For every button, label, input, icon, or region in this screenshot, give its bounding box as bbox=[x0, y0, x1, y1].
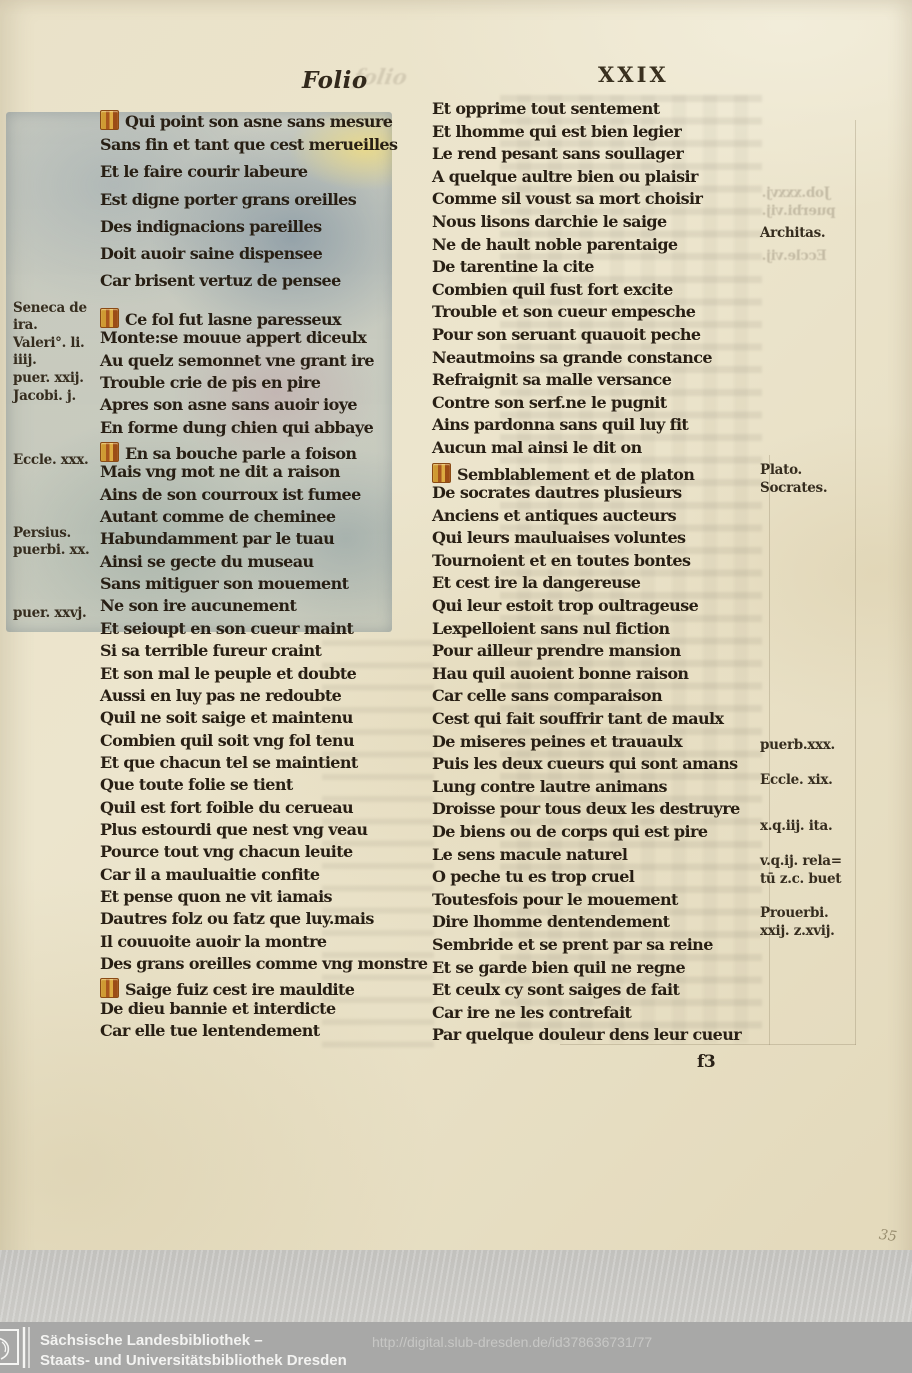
margin-note: iiij. bbox=[13, 352, 36, 368]
verse-line: Et lhomme qui est bien legier bbox=[432, 124, 741, 147]
left-column-stanza-1: Qui point son asne sans mesureSans fin e… bbox=[100, 110, 397, 300]
verse-line: Et seioupt en son cueur maint bbox=[100, 621, 427, 643]
digital-collection-url: http://digital.slub-dresden.de/id3786367… bbox=[372, 1334, 652, 1350]
margin-note: Architas. bbox=[760, 225, 825, 241]
verse-text: Droisse pour tous deux les destruyre bbox=[432, 799, 740, 818]
verse-line: Doit auoir saine dispensee bbox=[100, 246, 397, 273]
verse-line: De biens ou de corps qui est pire bbox=[432, 824, 741, 847]
verse-line: Et son mal le peuple et doubte bbox=[100, 666, 427, 688]
verse-line: Mais vng mot ne dit a raison bbox=[100, 464, 427, 486]
verse-line: Le rend pesant sans soullager bbox=[432, 146, 741, 169]
verse-line: Qui point son asne sans mesure bbox=[100, 110, 397, 137]
verse-line: Trouble et son cueur empesche bbox=[432, 304, 741, 327]
verse-line: Par quelque douleur dens leur cueur bbox=[432, 1027, 741, 1050]
verse-text: Saige fuiz cest ire mauldite bbox=[125, 980, 354, 999]
verse-line: Ce fol fut lasne paresseux bbox=[100, 308, 427, 330]
left-column-body: Ce fol fut lasne paresseuxMonte:se mouue… bbox=[100, 308, 427, 1045]
verse-text: Et que chacun tel se maintient bbox=[100, 753, 358, 772]
verse-text: Et se garde bien quil ne regne bbox=[432, 958, 685, 977]
right-column: Et opprime tout sentementEt lhomme qui e… bbox=[432, 101, 741, 1050]
paragraph-mark-icon bbox=[100, 308, 119, 328]
margin-note: Socrates. bbox=[760, 480, 827, 496]
verse-line: De dieu bannie et interdicte bbox=[100, 1001, 427, 1023]
verse-text: En sa bouche parle a foison bbox=[125, 444, 356, 463]
verse-line: Refraignit sa malle versance bbox=[432, 372, 741, 395]
verse-text: Qui leurs mauluaises voluntes bbox=[432, 528, 685, 547]
verse-text: Quil ne soit saige et maintenu bbox=[100, 708, 353, 727]
verse-line: Dire lhomme dentendement bbox=[432, 914, 741, 937]
margin-note: ira. bbox=[13, 317, 38, 333]
verse-text: Car ire ne les contrefait bbox=[432, 1003, 631, 1022]
verse-text: Et seioupt en son cueur maint bbox=[100, 619, 353, 638]
verse-text: Qui point son asne sans mesure bbox=[125, 112, 392, 131]
verse-text: Et opprime tout sentement bbox=[432, 99, 660, 118]
verse-text: Pource tout vng chacun leuite bbox=[100, 842, 353, 861]
margin-note: Prouerbi. bbox=[760, 905, 828, 921]
verse-line: Et se garde bien quil ne regne bbox=[432, 960, 741, 983]
verse-line: Quil est fort foible du cerueau bbox=[100, 800, 427, 822]
verse-text: Sans mitiguer son mouement bbox=[100, 574, 348, 593]
slub-logo-icon bbox=[0, 1327, 36, 1368]
verse-line: Comme sil voust sa mort choisir bbox=[432, 191, 741, 214]
verse-line: Ne de hault noble parentaige bbox=[432, 237, 741, 260]
verse-line: Lung contre lautre animans bbox=[432, 779, 741, 802]
verse-text: A quelque aultre bien ou plaisir bbox=[432, 167, 698, 186]
verse-line: Combien quil soit vng fol tenu bbox=[100, 733, 427, 755]
verse-line: Sans fin et tant que cest merueilles bbox=[100, 137, 397, 164]
verse-text: Aucun mal ainsi le dit on bbox=[432, 438, 642, 457]
verse-text: Si sa terrible fureur craint bbox=[100, 641, 321, 660]
verse-line: Et cest ire la dangereuse bbox=[432, 575, 741, 598]
verse-text: Que toute folie se tient bbox=[100, 775, 293, 794]
verse-line: Cest qui fait souffrir tant de maulx bbox=[432, 711, 741, 734]
verse-line: Toutesfois pour le mouement bbox=[432, 892, 741, 915]
verse-line: Sembride et se prent par sa reine bbox=[432, 937, 741, 960]
verse-text: De biens ou de corps qui est pire bbox=[432, 822, 707, 841]
verse-line: Qui leurs mauluaises voluntes bbox=[432, 530, 741, 553]
verse-line: Car elle tue lentendement bbox=[100, 1023, 427, 1045]
verse-text: Ains de son courroux ist fumee bbox=[100, 485, 361, 504]
verse-text: Mais vng mot ne dit a raison bbox=[100, 462, 340, 481]
verse-text: Ne son ire aucunement bbox=[100, 596, 296, 615]
verse-line: Plus estourdi que nest vng veau bbox=[100, 822, 427, 844]
verse-text: Trouble et son cueur empesche bbox=[432, 302, 695, 321]
verse-line: Semblablement et de platon bbox=[432, 463, 741, 486]
verse-text: Pour ailleur prendre mansion bbox=[432, 641, 681, 660]
verse-text: Dire lhomme dentendement bbox=[432, 912, 669, 931]
verse-line: Aussi en luy pas ne redoubte bbox=[100, 688, 427, 710]
verse-line: Car brisent vertuz de pensee bbox=[100, 273, 397, 300]
verse-text: Il couuoite auoir la montre bbox=[100, 932, 327, 951]
margin-note: Eccle. xxx. bbox=[13, 452, 88, 468]
verse-text: Et lhomme qui est bien legier bbox=[432, 122, 681, 141]
library-name-line1: Sächsische Landesbibliothek – bbox=[40, 1331, 347, 1351]
verse-text: Comme sil voust sa mort choisir bbox=[432, 189, 702, 208]
verse-line: En forme dung chien qui abbaye bbox=[100, 420, 427, 442]
verse-line: Car celle sans comparaison bbox=[432, 688, 741, 711]
paragraph-mark-icon bbox=[100, 442, 119, 462]
verse-text: Le rend pesant sans soullager bbox=[432, 144, 683, 163]
verse-text: Et son mal le peuple et doubte bbox=[100, 664, 356, 683]
verse-text: Hau quil auoient bonne raison bbox=[432, 664, 688, 683]
paragraph-mark-icon bbox=[100, 978, 119, 998]
margin-note: Plato. bbox=[760, 462, 802, 478]
verse-line: De tarentine la cite bbox=[432, 259, 741, 282]
verse-line: Droisse pour tous deux les destruyre bbox=[432, 801, 741, 824]
verse-text: Sans fin et tant que cest merueilles bbox=[100, 135, 397, 154]
verse-line: Pour ailleur prendre mansion bbox=[432, 643, 741, 666]
verse-line: Et que chacun tel se maintient bbox=[100, 755, 427, 777]
verse-text: Plus estourdi que nest vng veau bbox=[100, 820, 367, 839]
pencil-folio-number: 35 bbox=[878, 1227, 898, 1245]
verse-text: Car elle tue lentendement bbox=[100, 1021, 320, 1040]
verse-line: O peche tu es trop cruel bbox=[432, 869, 741, 892]
verse-text: Refraignit sa malle versance bbox=[432, 370, 671, 389]
verse-text: Aussi en luy pas ne redoubte bbox=[100, 686, 341, 705]
verse-text: Car celle sans comparaison bbox=[432, 686, 662, 705]
verse-text: Des indignacions pareilles bbox=[100, 217, 322, 236]
verse-text: O peche tu es trop cruel bbox=[432, 867, 634, 886]
verse-line: Ainsi se gecte du museau bbox=[100, 554, 427, 576]
verse-line: Aucun mal ainsi le dit on bbox=[432, 440, 741, 463]
verse-line: Autant comme de cheminee bbox=[100, 509, 427, 531]
verse-line: Que toute folie se tient bbox=[100, 777, 427, 799]
verse-text: Sembride et se prent par sa reine bbox=[432, 935, 713, 954]
verse-line: Et le faire courir labeure bbox=[100, 164, 397, 191]
verse-text: Lung contre lautre animans bbox=[432, 777, 667, 796]
verse-text: Quil est fort foible du cerueau bbox=[100, 798, 353, 817]
verse-line: Ne son ire aucunement bbox=[100, 598, 427, 620]
verse-text: Neautmoins sa grande constance bbox=[432, 348, 712, 367]
verse-text: Par quelque douleur dens leur cueur bbox=[432, 1025, 741, 1044]
verse-line: Car ire ne les contrefait bbox=[432, 1005, 741, 1028]
verse-line: Sans mitiguer son mouement bbox=[100, 576, 427, 598]
verse-text: Anciens et antiques aucteurs bbox=[432, 506, 676, 525]
verse-text: Qui leur estoit trop oultrageuse bbox=[432, 596, 698, 615]
verse-line: Anciens et antiques aucteurs bbox=[432, 508, 741, 531]
margin-note: xxij. z.xvij. bbox=[760, 923, 835, 939]
verse-line: Ains pardonna sans quil luy fit bbox=[432, 417, 741, 440]
verse-line: Trouble crie de pis en pire bbox=[100, 375, 427, 397]
verse-text: Toutesfois pour le mouement bbox=[432, 890, 678, 909]
verse-text: Tournoient et en toutes bontes bbox=[432, 551, 690, 570]
verse-text: En forme dung chien qui abbaye bbox=[100, 418, 373, 437]
verse-text: Des grans oreilles comme vng monstre bbox=[100, 954, 427, 973]
margin-note: Seneca de bbox=[13, 300, 87, 316]
verse-line: Hau quil auoient bonne raison bbox=[432, 666, 741, 689]
verse-text: De miseres peines et trauaulx bbox=[432, 732, 682, 751]
verse-line: Et ceulx cy sont saiges de fait bbox=[432, 982, 741, 1005]
margin-note: Jacobi. j. bbox=[13, 388, 76, 404]
verse-text: Lexpelloient sans nul fiction bbox=[432, 619, 670, 638]
verse-text: Ains pardonna sans quil luy fit bbox=[432, 415, 688, 434]
library-name: Sächsische Landesbibliothek – Staats- un… bbox=[40, 1331, 347, 1371]
verse-text: De socrates dautres plusieurs bbox=[432, 483, 682, 502]
margin-note: Persius. bbox=[13, 525, 71, 541]
verse-text: Et le faire courir labeure bbox=[100, 162, 308, 181]
verse-text: Pour son seruant quauoit peche bbox=[432, 325, 700, 344]
verse-line: Combien quil fust fort excite bbox=[432, 282, 741, 305]
verse-line: En sa bouche parle a foison bbox=[100, 442, 427, 464]
verse-line: De miseres peines et trauaulx bbox=[432, 734, 741, 757]
bleedthrough-note: Eccle.vij. bbox=[762, 248, 827, 264]
verse-line: Est digne porter grans oreilles bbox=[100, 192, 397, 219]
ruling-line bbox=[855, 120, 856, 1045]
verse-line: Lexpelloient sans nul fiction bbox=[432, 621, 741, 644]
verse-line: Des grans oreilles comme vng monstre bbox=[100, 956, 427, 978]
verse-line: Ains de son courroux ist fumee bbox=[100, 487, 427, 509]
verse-text: Apres son asne sans auoir ioye bbox=[100, 395, 357, 414]
bleedthrough-note: puerbi.vij. bbox=[762, 203, 835, 219]
bleedthrough-note: Job.xxxvj. bbox=[762, 185, 830, 201]
verse-text: Au quelz semonnet vne grant ire bbox=[100, 351, 374, 370]
verse-text: Trouble crie de pis en pire bbox=[100, 373, 320, 392]
verse-line: Dautres folz ou fatz que luy.mais bbox=[100, 911, 427, 933]
margin-note: puerbi. xx. bbox=[13, 542, 89, 558]
verse-line: De socrates dautres plusieurs bbox=[432, 485, 741, 508]
verse-text: Car il a mauluaitie confite bbox=[100, 865, 319, 884]
verse-text: Le sens macule naturel bbox=[432, 845, 627, 864]
verse-text: Nous lisons darchie le saige bbox=[432, 212, 667, 231]
verse-line: Pource tout vng chacun leuite bbox=[100, 844, 427, 866]
verse-text: Semblablement et de platon bbox=[457, 465, 694, 484]
verse-line: Habundamment par le tuau bbox=[100, 531, 427, 553]
verse-line: A quelque aultre bien ou plaisir bbox=[432, 169, 741, 192]
margin-note: Eccle. xix. bbox=[760, 772, 832, 788]
verse-line: Et opprime tout sentement bbox=[432, 101, 741, 124]
verse-text: Monte:se mouue appert diceulx bbox=[100, 328, 366, 347]
header-folio-label: Folio bbox=[302, 67, 368, 94]
verse-line: Saige fuiz cest ire mauldite bbox=[100, 978, 427, 1000]
verse-line: Des indignacions pareilles bbox=[100, 219, 397, 246]
margin-note: x.q.iij. ita. bbox=[760, 818, 832, 834]
verse-text: Et pense quon ne vit iamais bbox=[100, 887, 332, 906]
verse-text: Car brisent vertuz de pensee bbox=[100, 271, 341, 290]
verse-line: Au quelz semonnet vne grant ire bbox=[100, 353, 427, 375]
verse-line: Tournoient et en toutes bontes bbox=[432, 553, 741, 576]
verse-text: Ne de hault noble parentaige bbox=[432, 235, 678, 254]
margin-note: puerb.xxx. bbox=[760, 737, 835, 753]
verse-line: Il couuoite auoir la montre bbox=[100, 934, 427, 956]
verse-text: Combien quil fust fort excite bbox=[432, 280, 673, 299]
verse-text: De dieu bannie et interdicte bbox=[100, 999, 336, 1018]
verse-text: Cest qui fait souffrir tant de maulx bbox=[432, 709, 723, 728]
verse-text: Et cest ire la dangereuse bbox=[432, 573, 640, 592]
verse-text: Combien quil soit vng fol tenu bbox=[100, 731, 354, 750]
verse-text: Habundamment par le tuau bbox=[100, 529, 334, 548]
verse-text: Dautres folz ou fatz que luy.mais bbox=[100, 909, 374, 928]
verse-line: Pour son seruant quauoit peche bbox=[432, 327, 741, 350]
library-banner: Sächsische Landesbibliothek – Staats- un… bbox=[0, 1322, 912, 1373]
margin-note: puer. xxvj. bbox=[13, 605, 86, 621]
verse-line: Nous lisons darchie le saige bbox=[432, 214, 741, 237]
verse-line: Si sa terrible fureur craint bbox=[100, 643, 427, 665]
verse-line: Le sens macule naturel bbox=[432, 847, 741, 870]
verse-line: Neautmoins sa grande constance bbox=[432, 350, 741, 373]
verse-text: De tarentine la cite bbox=[432, 257, 594, 276]
verse-line: Et pense quon ne vit iamais bbox=[100, 889, 427, 911]
margin-note: v.q.ij. rela= bbox=[760, 853, 842, 869]
verse-text: Est digne porter grans oreilles bbox=[100, 190, 356, 209]
verse-line: Quil ne soit saige et maintenu bbox=[100, 710, 427, 732]
header-page-number: XXIX bbox=[598, 62, 669, 87]
margin-note: puer. xxij. bbox=[13, 370, 84, 386]
margin-note: tū z.c. buet bbox=[760, 871, 841, 887]
verse-line: Qui leur estoit trop oultrageuse bbox=[432, 598, 741, 621]
verse-text: Ainsi se gecte du museau bbox=[100, 552, 314, 571]
verse-text: Autant comme de cheminee bbox=[100, 507, 336, 526]
verse-text: Puis les deux cueurs qui sont amans bbox=[432, 754, 738, 773]
verse-text: Contre son serf.ne le pugnit bbox=[432, 393, 667, 412]
verse-line: Monte:se mouue appert diceulx bbox=[100, 330, 427, 352]
verse-text: Doit auoir saine dispensee bbox=[100, 244, 322, 263]
verse-line: Puis les deux cueurs qui sont amans bbox=[432, 756, 741, 779]
verse-line: Contre son serf.ne le pugnit bbox=[432, 395, 741, 418]
signature-mark: f3 bbox=[697, 1052, 715, 1072]
margin-note: Valeri°. li. bbox=[13, 335, 84, 351]
verse-text: Et ceulx cy sont saiges de fait bbox=[432, 980, 679, 999]
verse-text: Ce fol fut lasne paresseux bbox=[125, 310, 341, 329]
paragraph-mark-icon bbox=[100, 110, 119, 130]
verse-line: Apres son asne sans auoir ioye bbox=[100, 397, 427, 419]
library-name-line2: Staats- und Universitätsbibliothek Dresd… bbox=[40, 1351, 347, 1371]
verse-line: Car il a mauluaitie confite bbox=[100, 867, 427, 889]
paragraph-mark-icon bbox=[432, 463, 451, 483]
